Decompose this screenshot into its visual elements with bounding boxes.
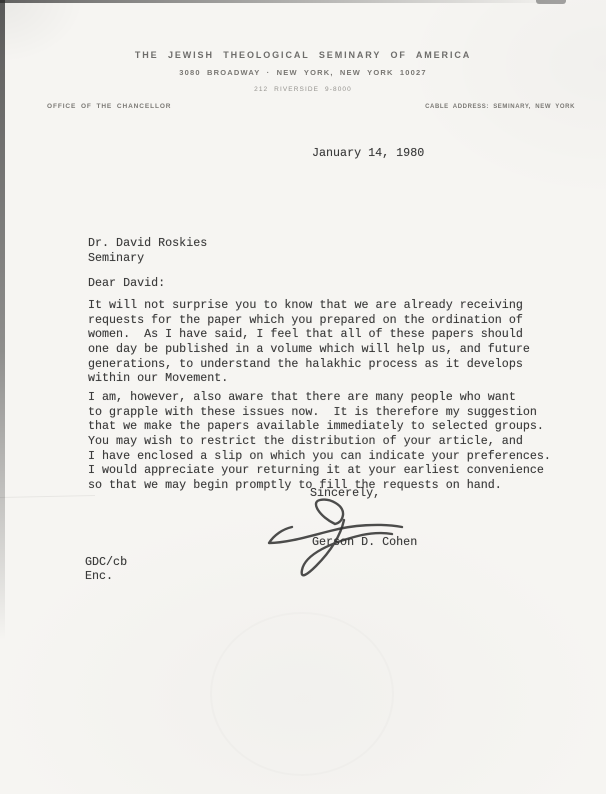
scan-edge-left (0, 0, 5, 640)
typed-line: that we make the papers available immedi… (88, 419, 551, 434)
typed-line: It will not surprise you to know that we… (88, 298, 530, 313)
typed-line: Seminary (88, 251, 207, 266)
salutation: Dear David: (88, 276, 165, 291)
enclosure-note: Enc. (85, 569, 113, 584)
paragraph-1: It will not surprise you to know that we… (88, 298, 530, 386)
recipient-block: Dr. David RoskiesSeminary (88, 236, 207, 265)
paper-crease (0, 495, 95, 498)
typed-line: I would appreciate your returning it at … (88, 463, 551, 478)
org-name: THE JEWISH THEOLOGICAL SEMINARY OF AMERI… (0, 50, 606, 60)
scan-smudge (536, 0, 566, 4)
signer-typed-name: Gerson D. Cohen (312, 535, 417, 550)
paper-watermark (210, 612, 394, 776)
typed-line: to grapple with these issues now. It is … (88, 405, 551, 420)
typed-line: within our Movement. (88, 371, 530, 386)
cable-address-label: CABLE ADDRESS: SEMINARY, NEW YORK (425, 104, 575, 110)
letterhead-subline: OFFICE OF THE CHANCELLOR CABLE ADDRESS: … (47, 103, 575, 110)
typed-line: requests for the paper which you prepare… (88, 313, 530, 328)
org-phone: 212 RIVERSIDE 9-8000 (0, 86, 606, 93)
office-of-chancellor-label: OFFICE OF THE CHANCELLOR (47, 103, 171, 110)
typed-line: generations, to understand the halakhic … (88, 357, 530, 372)
paragraph-2: I am, however, also aware that there are… (88, 390, 551, 493)
typed-line: I have enclosed a slip on which you can … (88, 449, 551, 464)
typed-line: one day be published in a volume which w… (88, 342, 530, 357)
typist-reference: GDC/cb (85, 555, 127, 570)
scan-edge-top (0, 0, 606, 3)
typed-line: I am, however, also aware that there are… (88, 390, 551, 405)
scanned-letter-page: THE JEWISH THEOLOGICAL SEMINARY OF AMERI… (0, 0, 606, 794)
typed-line: Dr. David Roskies (88, 236, 207, 251)
closing-sincerely: Sincerely, (310, 486, 380, 501)
typed-line: You may wish to restrict the distributio… (88, 434, 551, 449)
typed-line: women. As I have said, I feel that all o… (88, 327, 530, 342)
letter-date: January 14, 1980 (312, 146, 424, 161)
org-address: 3080 BROADWAY · NEW YORK, NEW YORK 10027 (0, 68, 606, 77)
